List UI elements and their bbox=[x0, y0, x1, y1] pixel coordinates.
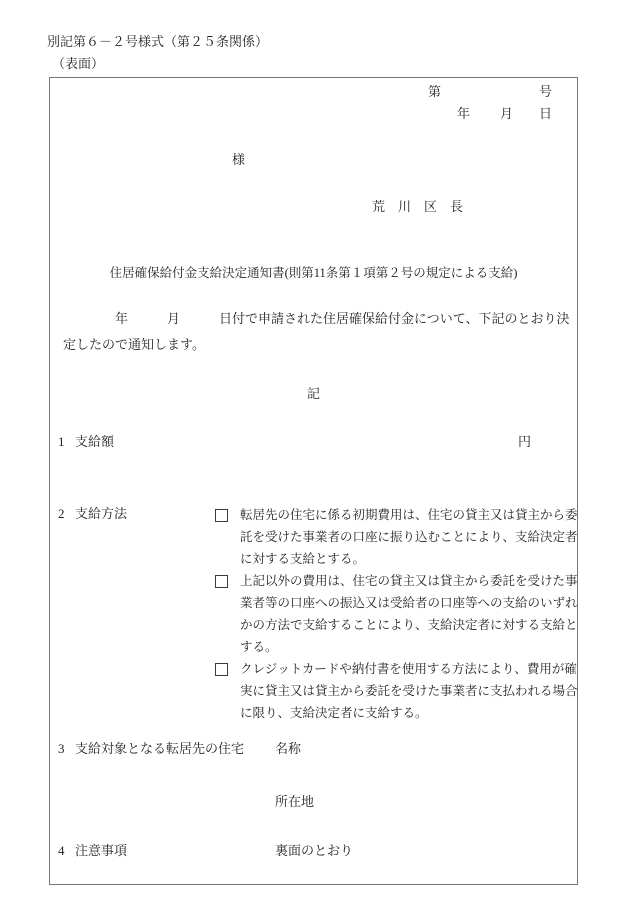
payment-method-options: 転居先の住宅に係る初期費用は、住宅の貸主又は貸主から委 託を受けた事業者の口座に… bbox=[215, 504, 587, 724]
side-label: （表面） bbox=[52, 56, 104, 71]
payment-option-row: クレジットカードや納付書を使用する方法により、費用が確 実に貸主又は貸主から委託… bbox=[215, 658, 587, 724]
document-frame bbox=[49, 77, 578, 885]
date-day-label: 日 bbox=[539, 106, 552, 121]
item-2-label: 支給方法 bbox=[75, 506, 127, 521]
addressee-honorific: 様 bbox=[232, 152, 245, 167]
item-1-number: 1 bbox=[58, 434, 65, 449]
document-title: 住居確保給付金支給決定通知書(則第11条第１項第２号の規定による支給) bbox=[49, 266, 578, 281]
payment-option-row: 転居先の住宅に係る初期費用は、住宅の貸主又は貸主から委 託を受けた事業者の口座に… bbox=[215, 504, 587, 570]
doc-number-prefix: 第 bbox=[428, 84, 441, 99]
item-3-label: 支給対象となる転居先の住宅 bbox=[75, 741, 244, 756]
checkbox-icon bbox=[215, 575, 228, 588]
housing-name-field-label: 名称 bbox=[275, 741, 301, 756]
doc-number-suffix: 号 bbox=[539, 84, 552, 99]
issuer-name: 荒川区長 bbox=[372, 199, 476, 214]
item-2-number: 2 bbox=[58, 506, 65, 521]
checkbox-icon bbox=[215, 509, 228, 522]
item-4-number: 4 bbox=[58, 843, 65, 858]
date-year-label: 年 bbox=[457, 106, 470, 121]
intro-paragraph: 年 月 日付で申請された住居確保給付金について、下記のとおり決 定したので通知し… bbox=[63, 306, 575, 358]
notes-value: 裏面のとおり bbox=[275, 843, 353, 858]
form-code: 別記第６－２号様式（第２５条関係） bbox=[47, 34, 268, 49]
checkbox-icon bbox=[215, 663, 228, 676]
document-page: 別記第６－２号様式（第２５条関係） （表面） 第 号 年 月 日 様 荒川区長 … bbox=[0, 0, 630, 903]
item-3-number: 3 bbox=[58, 741, 65, 756]
payment-option-text: 転居先の住宅に係る初期費用は、住宅の貸主又は貸主から委 託を受けた事業者の口座に… bbox=[240, 504, 578, 570]
date-month-label: 月 bbox=[500, 106, 513, 121]
housing-location-field-label: 所在地 bbox=[275, 794, 314, 809]
payment-option-row: 上記以外の費用は、住宅の貸主又は貸主から委託を受けた事 業者等の口座への振込又は… bbox=[215, 570, 587, 658]
record-mark: 記 bbox=[49, 386, 578, 401]
item-1-label: 支給額 bbox=[75, 434, 114, 449]
payment-option-text: 上記以外の費用は、住宅の貸主又は貸主から委託を受けた事 業者等の口座への振込又は… bbox=[240, 570, 578, 658]
amount-unit-yen: 円 bbox=[518, 434, 531, 449]
item-4-label: 注意事項 bbox=[75, 843, 127, 858]
payment-option-text: クレジットカードや納付書を使用する方法により、費用が確 実に貸主又は貸主から委託… bbox=[240, 658, 578, 724]
